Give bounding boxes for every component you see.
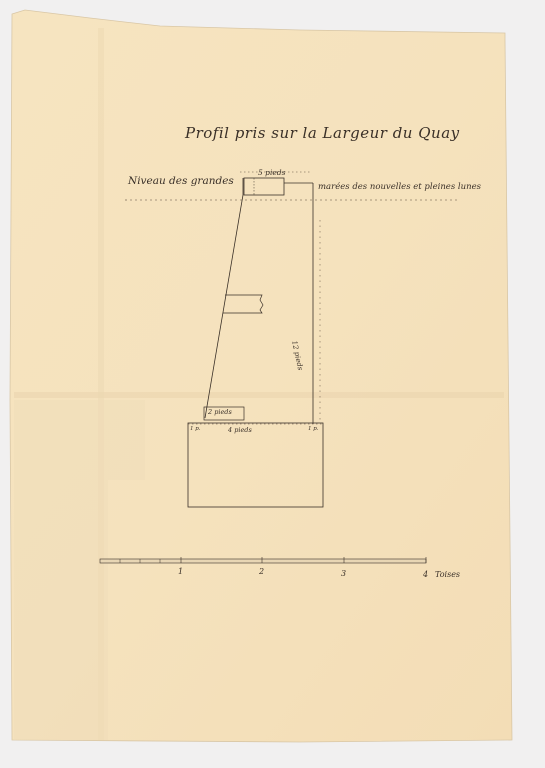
dimension-base-width: 4 pieds bbox=[228, 426, 252, 434]
drawing-title: Profil pris sur la Largeur du Quay bbox=[185, 124, 460, 142]
scale-tick-1: 1 bbox=[178, 567, 183, 576]
scale-tick-3: 3 bbox=[341, 569, 346, 578]
scale-unit: Toises bbox=[435, 570, 460, 579]
scale-tick-4: 4 bbox=[423, 570, 428, 579]
dimension-toe-block: 2 pieds bbox=[208, 408, 232, 416]
dimension-top-width: 5 pieds bbox=[258, 168, 285, 177]
parchment-sheet bbox=[0, 0, 545, 768]
water-level-label-right: marées des nouvelles et pleines lunes bbox=[318, 182, 481, 192]
water-level-label-left: Niveau des grandes bbox=[128, 175, 234, 187]
dimension-base-right: 1 p. bbox=[308, 426, 319, 432]
dimension-base-left: 1 p. bbox=[190, 426, 201, 432]
scale-tick-2: 2 bbox=[259, 567, 264, 576]
